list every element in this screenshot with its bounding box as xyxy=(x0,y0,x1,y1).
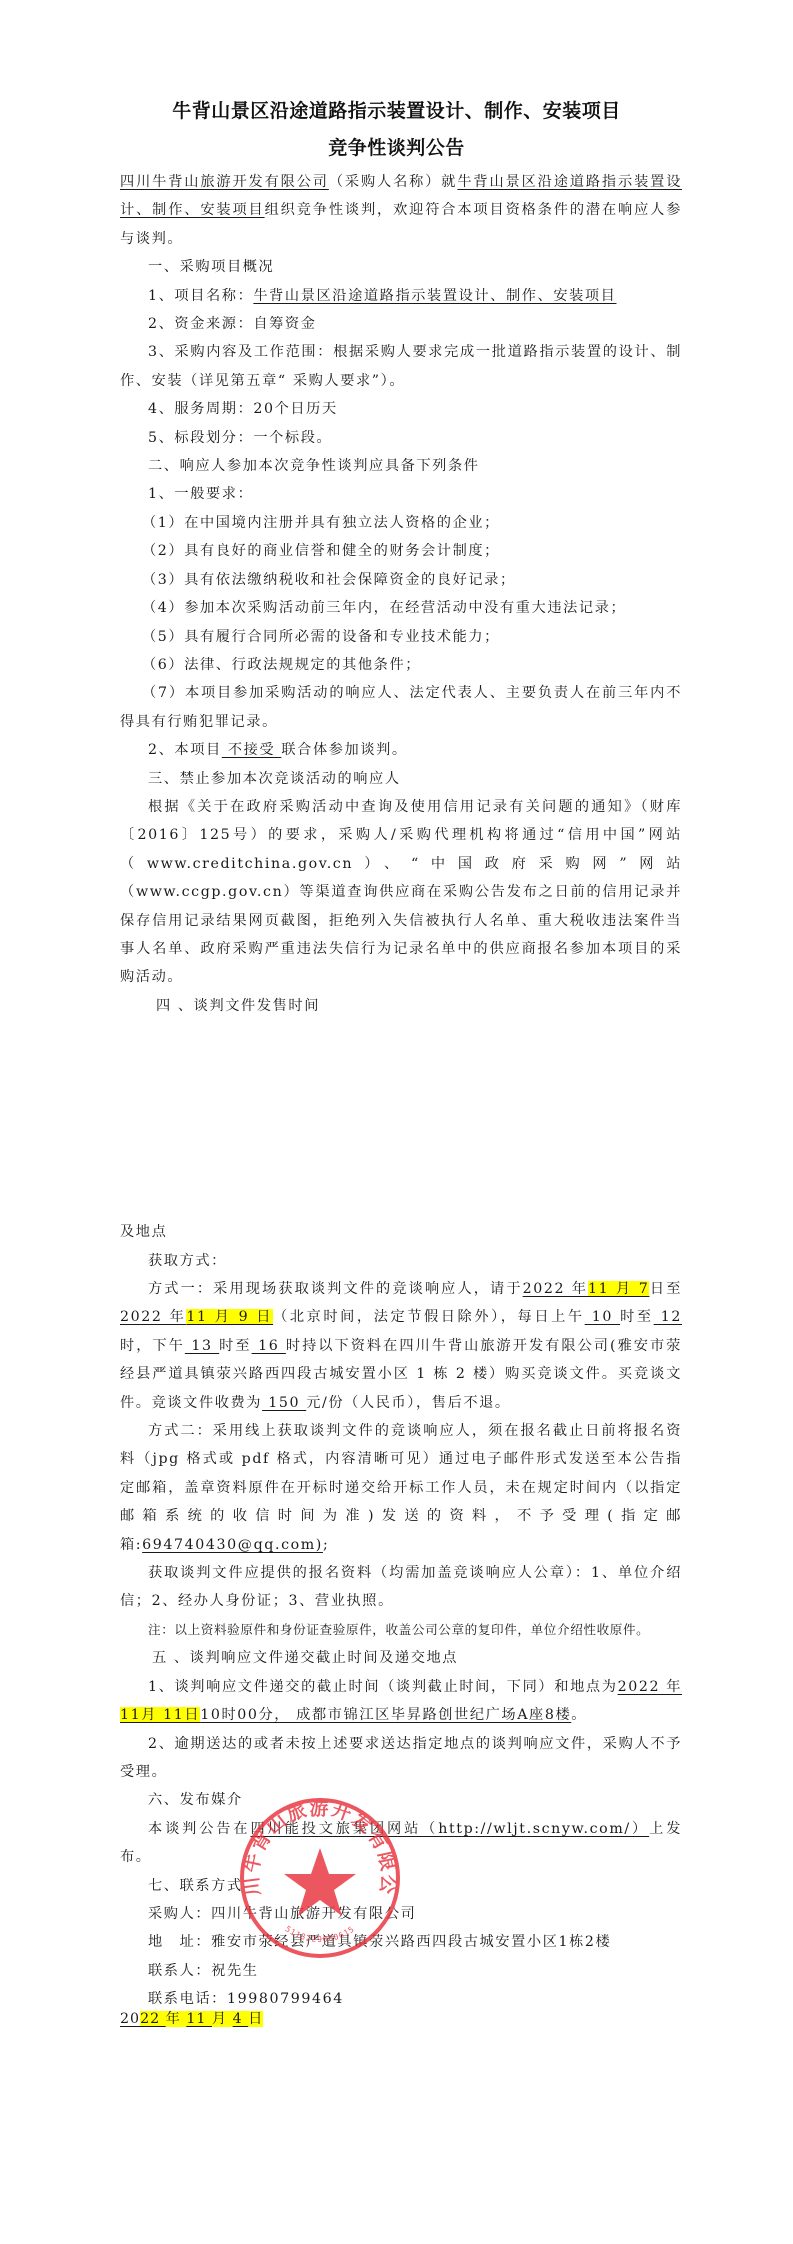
required-materials: 获取谈判文件应提供的报名资料（均需加盖竞谈响应人公章）：1、单位介绍信；2、经办… xyxy=(120,1559,682,1616)
document-title-line2: 竞争性谈判公告 xyxy=(0,133,793,160)
document-body: 四川牛背山旅游开发有限公司（采购人名称）就牛背山景区沿途道路指示装置设计、制作、… xyxy=(120,168,682,2014)
requirement-4: （4）参加本次采购活动前三年内，在经营活动中没有重大违法记录； xyxy=(120,594,682,622)
section1-item2: 2、资金来源：自筹资金 xyxy=(120,310,682,338)
section1-item1: 1、项目名称：牛背山景区沿途道路指示装置设计、制作、安装项目 xyxy=(120,282,682,310)
general-requirements-heading: 1、一般要求： xyxy=(120,480,682,508)
section1-item3: 3、采购内容及工作范围：根据采购人要求完成一批道路指示装置的设计、制作、安装（详… xyxy=(120,338,682,395)
section3-heading: 三、禁止参加本次竞谈活动的响应人 xyxy=(120,765,682,793)
document-page: 牛背山景区沿途道路指示装置设计、制作、安装项目 竞争性谈判公告 四川牛背山旅游开… xyxy=(0,0,793,2244)
contact-person: 联系人：祝先生 xyxy=(120,1957,682,1985)
contact-address: 地 址：雅安市荥经县严道具镇荥兴路西四段古城安置小区1栋2楼 xyxy=(120,1928,682,1956)
purchaser-name: 四川牛背山旅游开发有限公司 xyxy=(120,174,329,190)
section1-item4: 4、服务周期：20个日历天 xyxy=(120,395,682,423)
materials-note: 注：以上资料验原件和身份证查验原件，收盖公司公章的复印件，单位介绍性收原件。 xyxy=(120,1616,682,1644)
section4-heading: 四 、谈判文件发售时间 xyxy=(120,992,682,1020)
section5-item2: 2、逾期送达的或者未按上述要求送达指定地点的谈判响应文件，采购人不予受理。 xyxy=(120,1730,682,1787)
requirement-2: （2）具有良好的商业信誉和健全的财务会计制度； xyxy=(120,537,682,565)
consortium-clause: 2、本项目 不接受 联合体参加谈判。 xyxy=(120,736,682,764)
section7-heading: 七、联系方式 xyxy=(120,1872,682,1900)
document-title-line1: 牛背山景区沿途道路指示装置设计、制作、安装项目 xyxy=(0,96,793,123)
section4-heading-continued: 及地点 xyxy=(120,1218,682,1246)
highlighted-date: 11 月 7 xyxy=(588,1281,649,1297)
method-two-paragraph: 方式二：采用线上获取谈判文件的竞谈响应人，须在报名截止日前将报名资料（jpg 格… xyxy=(120,1417,682,1559)
highlighted-date: 11月 11日 xyxy=(120,1707,200,1723)
requirement-6: （6）法律、行政法规规定的其他条件； xyxy=(120,651,682,679)
section2-heading: 二、响应人参加本次竞争性谈判应具备下列条件 xyxy=(120,452,682,480)
method-one-paragraph: 方式一：采用现场获取谈判文件的竞谈响应人，请于2022 年11 月 7日至202… xyxy=(120,1275,682,1417)
requirement-5: （5）具有履行合同所必需的设备和专业技术能力； xyxy=(120,623,682,651)
section3-text: 根据《关于在政府采购活动中查询及使用信用记录有关问题的通知》（财库〔2016〕1… xyxy=(120,793,682,992)
announcement-date: 2022 年 11 月 4 日 xyxy=(120,2008,263,2028)
contact-purchaser: 采购人：四川牛背山旅游开发有限公司 xyxy=(120,1900,682,1928)
requirement-3: （3）具有依法缴纳税收和社会保障资金的良好记录； xyxy=(120,566,682,594)
section5-heading: 五 、谈判响应文件递交截止时间及递交地点 xyxy=(120,1644,682,1672)
highlighted-date: 11 月 9 日 xyxy=(186,1309,273,1325)
requirement-7: （7）本项目参加采购活动的响应人、法定代表人、主要负责人在前三年内不得具有行贿犯… xyxy=(120,679,682,736)
section6-heading: 六、发布媒介 xyxy=(120,1786,682,1814)
website-link[interactable]: 四川能投文旅集团网站（http://wljt.scnyw.com/） xyxy=(250,1821,649,1837)
intro-paragraph: 四川牛背山旅游开发有限公司（采购人名称）就牛背山景区沿途道路指示装置设计、制作、… xyxy=(120,168,682,253)
highlighted-date: 22 年 11 月 4 日 xyxy=(140,2011,263,2027)
blank-gap xyxy=(120,1020,682,1218)
section1-heading: 一、采购项目概况 xyxy=(120,253,682,281)
section5-item1: 1、谈判响应文件递交的截止时间（谈判截止时间，下同）和地点为2022 年11月 … xyxy=(120,1673,682,1730)
email-link[interactable]: 694740430@qq.com) xyxy=(142,1537,323,1553)
requirement-1: （1）在中国境内注册并具有独立法人资格的企业； xyxy=(120,509,682,537)
section1-item5: 5、标段划分：一个标段。 xyxy=(120,424,682,452)
section6-text: 本谈判公告在四川能投文旅集团网站（http://wljt.scnyw.com/）… xyxy=(120,1815,682,1872)
method-heading: 获取方式： xyxy=(120,1247,682,1275)
